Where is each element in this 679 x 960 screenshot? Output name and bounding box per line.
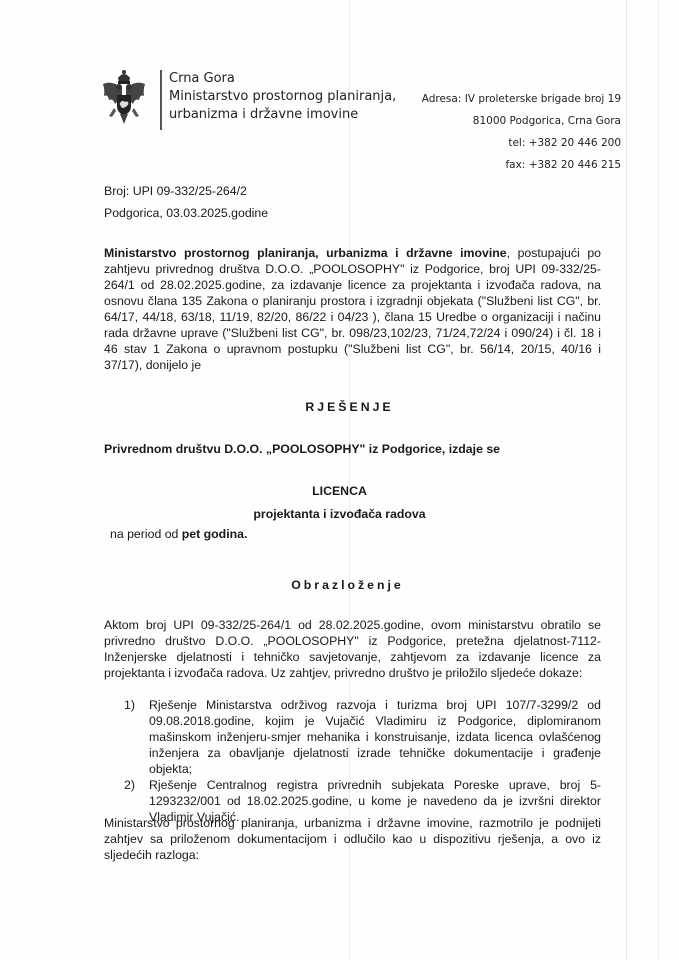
document-page: Crna Gora Ministarstvo prostornog planir…	[0, 0, 679, 960]
reference-number: Broj: UPI 09-332/25-264/2	[104, 180, 268, 202]
contact-tel: tel: +382 20 446 200	[422, 132, 621, 154]
licence-period: na period od pet godina.	[110, 527, 247, 541]
intro-bold-lead: Ministarstvo prostornog planiranja, urba…	[104, 246, 507, 260]
evidence-list: 1) Rješenje Ministarstva održivog razvoj…	[124, 697, 601, 825]
contact-block: Adresa: IV proleterske brigade broj 19 8…	[422, 88, 621, 176]
evidence-number: 2)	[124, 777, 135, 793]
evidence-number: 1)	[124, 697, 135, 713]
montenegro-coat-of-arms-icon	[100, 68, 148, 130]
reasoning-paragraph-2: Ministarstvo prostornog planiranja, urba…	[104, 815, 601, 863]
ministry-name-line2: urbanizma i državne imovine	[169, 106, 396, 124]
scan-fold-line	[658, 0, 659, 960]
decision-heading: RJEŠENJE	[10, 400, 679, 414]
evidence-text: Rješenje Ministarstva održivog razvoja i…	[149, 698, 601, 776]
period-prefix: na period od	[110, 527, 182, 541]
place-date: Podgorica, 03.03.2025.godine	[104, 202, 268, 224]
reference-block: Broj: UPI 09-332/25-264/2 Podgorica, 03.…	[104, 180, 268, 224]
contact-fax: fax: +382 20 446 215	[422, 154, 621, 176]
contact-address: Adresa: IV proleterske brigade broj 19	[422, 88, 621, 110]
evidence-item: 1) Rješenje Ministarstva održivog razvoj…	[124, 697, 601, 777]
licence-title: LICENCA	[0, 484, 679, 498]
country-name: Crna Gora	[169, 70, 396, 88]
scan-fold-line	[626, 0, 627, 960]
ministry-name-line1: Ministarstvo prostornog planiranja,	[169, 88, 396, 106]
reasoning-paragraph-1: Aktom broj UPI 09-332/25-264/1 od 28.02.…	[104, 617, 601, 681]
letterhead: Crna Gora Ministarstvo prostornog planir…	[100, 66, 400, 136]
intro-paragraph: Ministarstvo prostornog planiranja, urba…	[104, 245, 601, 373]
period-duration: pet godina.	[182, 527, 248, 541]
reasoning-heading: Obrazloženje	[8, 578, 679, 592]
licence-subtitle: projektanta i izvođača radova	[0, 507, 679, 521]
letterhead-divider	[160, 70, 162, 130]
letterhead-text: Crna Gora Ministarstvo prostornog planir…	[169, 70, 396, 124]
contact-city: 81000 Podgorica, Crna Gora	[422, 110, 621, 132]
intro-text: , postupajući po zahtjevu privrednog dru…	[104, 246, 601, 372]
decision-addressee: Privrednom društvu D.O.O. „POOLOSOPHY" i…	[104, 442, 500, 456]
